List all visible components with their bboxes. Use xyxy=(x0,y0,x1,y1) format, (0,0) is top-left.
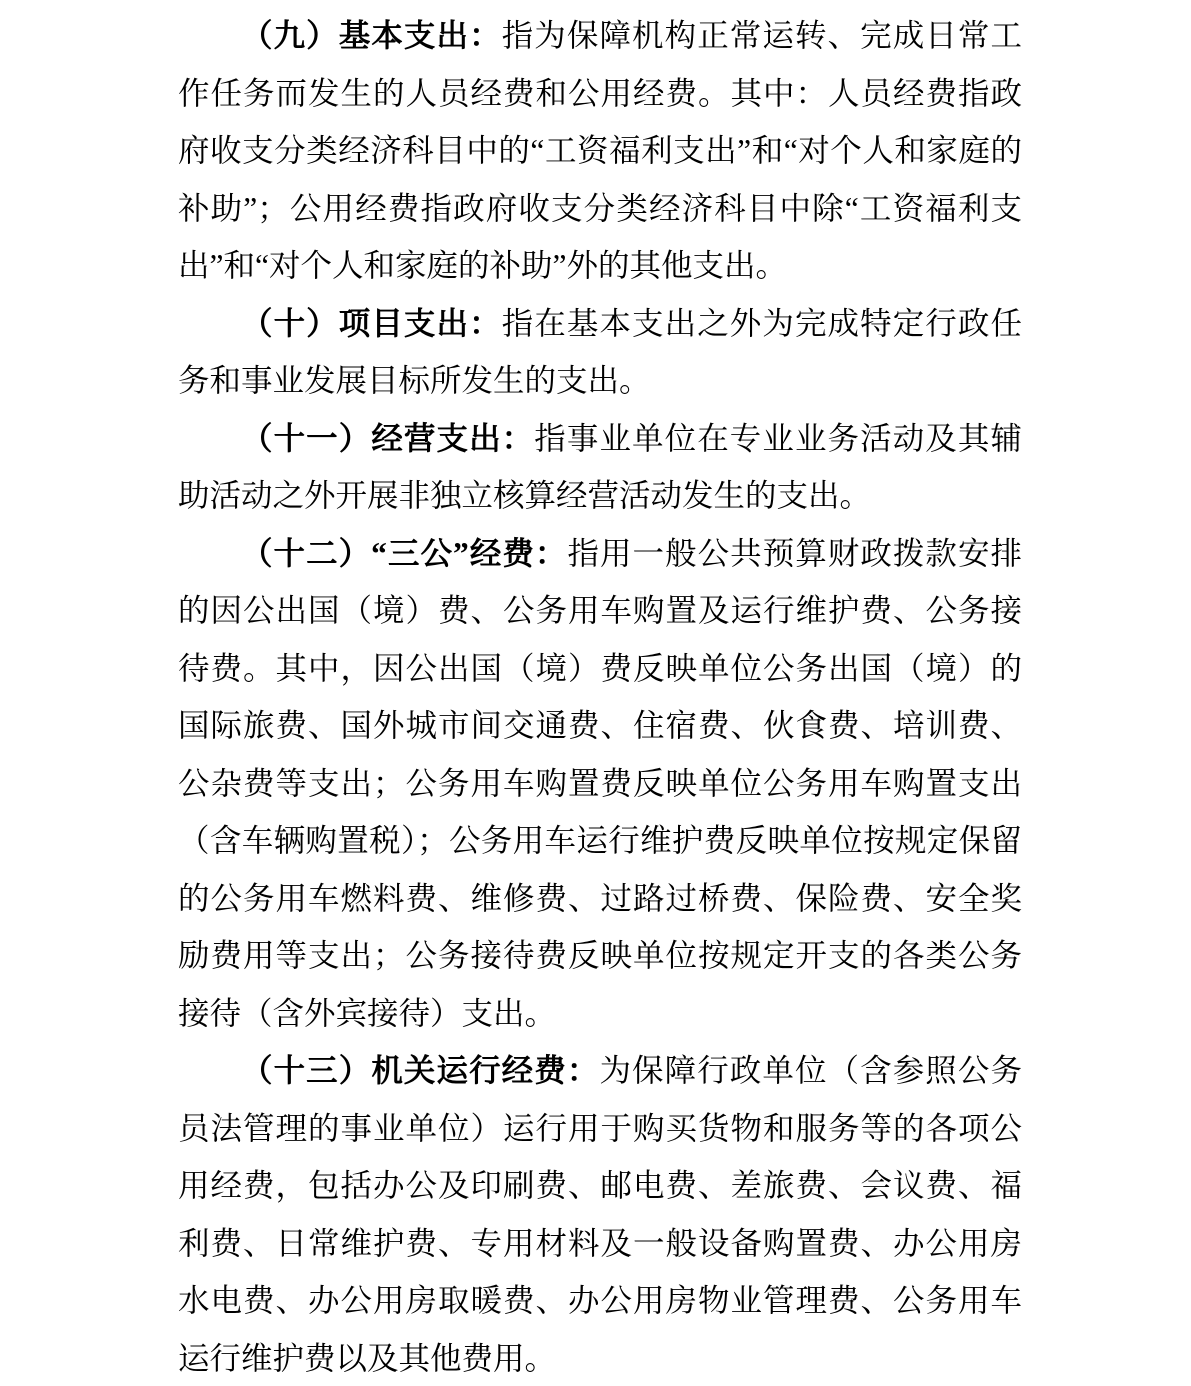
paragraph-12-three-public-funds: （十二）“三公”经费：指用一般公共预算财政拨款安排的因公出国（境）费、公务用车购… xyxy=(178,525,1022,1043)
paragraph-13-agency-operating-funds: （十三）机关运行经费：为保障行政单位（含参照公务员法管理的事业单位）运行用于购买… xyxy=(178,1042,1022,1386)
paragraph-10-project-expenditure: （十）项目支出：指在基本支出之外为完成特定行政任务和事业发展目标所发生的支出。 xyxy=(178,295,1022,410)
paragraph-9-basic-expenditure: （九）基本支出：指为保障机构正常运转、完成日常工作任务而发生的人员经费和公用经费… xyxy=(178,7,1022,295)
paragraph-heading: （九）基本支出： xyxy=(241,18,502,53)
paragraph-11-operating-expenditure: （十一）经营支出：指事业单位在专业业务活动及其辅助活动之外开展非独立核算经营活动… xyxy=(178,410,1022,525)
paragraph-heading: （十）项目支出： xyxy=(241,306,502,341)
paragraph-body: 为保障行政单位（含参照公务员法管理的事业单位）运行用于购买货物和服务等的各项公用… xyxy=(178,1053,1022,1376)
paragraph-heading: （十一）经营支出： xyxy=(241,421,534,456)
document-page: （九）基本支出：指为保障机构正常运转、完成日常工作任务而发生的人员经费和公用经费… xyxy=(0,0,1191,1386)
paragraph-body: 指用一般公共预算财政拨款安排的因公出国（境）费、公务用车购置及运行维护费、公务接… xyxy=(178,536,1022,1031)
paragraph-heading: （十二）“三公”经费： xyxy=(241,536,567,571)
paragraph-heading: （十三）机关运行经费： xyxy=(241,1053,599,1088)
paragraph-body: 指为保障机构正常运转、完成日常工作任务而发生的人员经费和公用经费。其中：人员经费… xyxy=(178,18,1022,283)
document-text-block: （九）基本支出：指为保障机构正常运转、完成日常工作任务而发生的人员经费和公用经费… xyxy=(178,7,1022,1386)
